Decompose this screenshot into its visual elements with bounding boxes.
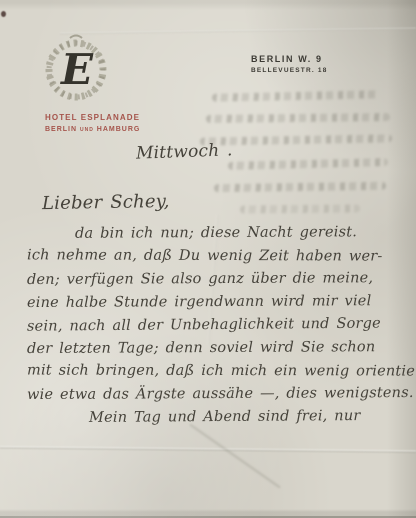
handwritten-line: den; verfügen Sie also ganz über die mei… [27,267,413,292]
address-street: BELLEVUESTR. 18 [251,67,328,74]
hotel-imprint: HOTEL ESPLANADE BERLIN und HAMBURG [45,112,140,136]
bleed-through-line [240,204,360,213]
monogram-letter: E [60,45,94,94]
handwritten-line: Mein Tag und Abend sind frei, nur [27,405,413,431]
hotel-address: BERLIN W. 9 BELLEVUESTR. 18 [251,54,328,74]
handwritten-line: der letzten Tage; denn soviel wird Sie s… [27,336,413,361]
handwritten-salutation: Lieber Schey, [42,191,170,214]
bleed-through-line [214,182,386,192]
paper-crease [0,446,416,453]
hotel-name: HOTEL ESPLANADE [45,112,140,124]
handwritten-line: sein, nach all der Unbehaglichkeit und S… [27,312,413,338]
handwritten-line: eine halbe Stunde irgendwann wird mir vi… [27,290,413,315]
bleed-through-line [212,90,380,102]
ink-speck [1,11,6,17]
handwritten-dateline: Mittwoch . [136,140,233,163]
handwritten-line: wie etwa das Ärgste aussähe —, dies weni… [27,382,413,407]
paper-crease [189,424,280,489]
scanned-letter-page: E HOTEL ESPLANADE BERLIN und HAMBURG BER… [0,0,416,518]
handwritten-line: da bin ich nun; diese Nacht gereist. [27,221,413,246]
handwritten-line: ich nehme an, daß Du wenig Zeit haben we… [27,244,413,268]
bleed-through-line [206,113,390,123]
handwritten-body: da bin ich nun; diese Nacht gereist. ich… [27,222,413,429]
hotel-monogram-wreath-icon: E [42,30,110,115]
address-city: BERLIN W. 9 [251,54,328,64]
handwritten-line: mit sich bringen, daß ich mich ein wenig… [27,359,413,383]
hotel-cities: BERLIN und HAMBURG [45,124,140,136]
bleed-through-line [228,158,388,170]
paper-crease [60,28,416,35]
